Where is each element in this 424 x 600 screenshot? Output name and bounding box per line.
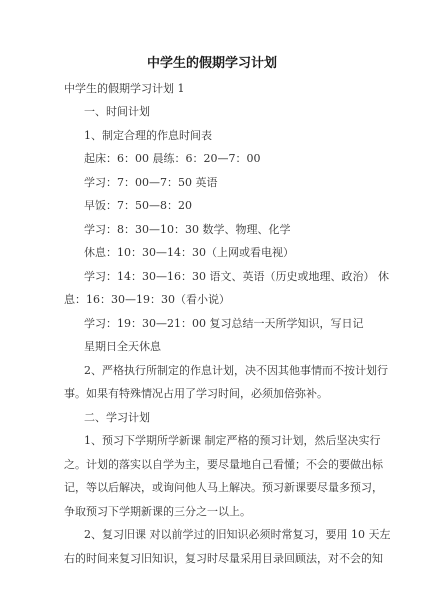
- text-line: 2、复习旧课 对以前学过的旧知识必须时常复习，要用 10 天左: [84, 528, 390, 542]
- text-line: 学习：14：30—16：30 语文、英语（历史或地理、政治） 休: [84, 270, 389, 284]
- text-line: 之。计划的落实以自学为主，要尽量地自己看懂；不会的要做出标: [64, 458, 383, 472]
- text-line: 1、预习下学期所学新课 制定严格的预习计划，然后坚决实行: [84, 434, 381, 448]
- document-title: 中学生的假期学习计划: [0, 52, 424, 71]
- text-line: 起床：6：00 晨练：6：20—7：00: [84, 152, 260, 166]
- text-line: 学习：7：00—7：50 英语: [84, 176, 218, 190]
- text-line: 中学生的假期学习计划 1: [64, 82, 185, 96]
- text-line: 学习：8：30—10：30 数学、物理、化学: [84, 223, 291, 237]
- text-line: 记，等以后解决，或询问他人马上解决。预习新课要尽量多预习，: [64, 481, 383, 495]
- text-line: 右的时间来复习旧知识，复习时尽量采用目录回顾法，对不会的知: [64, 552, 383, 566]
- text-line: 息：16：30—19：30（看小说）: [64, 293, 230, 307]
- text-line: 二、学习计划: [84, 411, 150, 425]
- text-line: 事。如果有特殊情况占用了学习时间，必须加倍弥补。: [64, 387, 328, 401]
- text-line: 2、严格执行所制定的作息计划，决不因其他事情而不按计划行: [84, 364, 388, 378]
- text-line: 争取预习下学期新课的三分之一以上。: [64, 505, 251, 519]
- text-line: 星期日全天休息: [84, 340, 161, 354]
- text-line: 休息：10：30—14：30（上网或看电视）: [84, 246, 294, 260]
- text-line: 1、制定合理的作息时间表: [84, 129, 212, 143]
- text-line: 学习：19：30—21：00 复习总结一天所学知识，写日记: [84, 317, 363, 331]
- text-line: 一、时间计划: [84, 105, 150, 119]
- text-line: 早饭：7：50—8：20: [84, 199, 192, 213]
